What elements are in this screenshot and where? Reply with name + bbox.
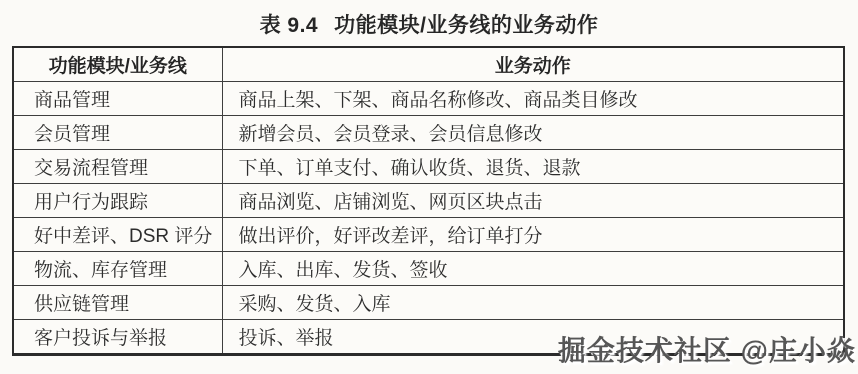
table-row: 用户行为跟踪 商品浏览、店铺浏览、网页区块点击 bbox=[13, 184, 844, 218]
module-cell: 好中差评、DSR 评分 bbox=[13, 218, 222, 252]
column-header-module: 功能模块/业务线 bbox=[13, 47, 222, 82]
column-header-actions: 业务动作 bbox=[222, 47, 844, 82]
business-actions-table: 功能模块/业务线 业务动作 商品管理 商品上架、下架、商品名称修改、商品类目修改… bbox=[12, 46, 845, 356]
table-row: 供应链管理 采购、发货、入库 bbox=[13, 286, 844, 320]
module-cell: 会员管理 bbox=[13, 116, 222, 150]
table-row: 会员管理 新增会员、会员登录、会员信息修改 bbox=[13, 116, 844, 150]
table-caption-text: 功能模块/业务线的业务动作 bbox=[334, 14, 598, 37]
table-row: 好中差评、DSR 评分 做出评价，好评改差评，给订单打分 bbox=[13, 218, 844, 252]
module-cell: 商品管理 bbox=[13, 82, 222, 116]
table-caption: 表 9.4功能模块/业务线的业务动作 bbox=[0, 9, 858, 39]
actions-cell: 采购、发货、入库 bbox=[222, 286, 844, 320]
module-cell: 客户投诉与举报 bbox=[13, 320, 222, 355]
watermark: 掘金技术社区 @庄小焱 bbox=[558, 329, 856, 369]
actions-cell: 新增会员、会员登录、会员信息修改 bbox=[222, 116, 844, 150]
table-header-row: 功能模块/业务线 业务动作 bbox=[13, 47, 844, 82]
table-row: 物流、库存管理 入库、出库、发货、签收 bbox=[13, 252, 844, 286]
actions-cell: 商品上架、下架、商品名称修改、商品类目修改 bbox=[222, 82, 844, 116]
actions-cell: 入库、出库、发货、签收 bbox=[222, 252, 844, 286]
module-cell: 交易流程管理 bbox=[13, 150, 222, 184]
table-row: 商品管理 商品上架、下架、商品名称修改、商品类目修改 bbox=[13, 82, 844, 116]
actions-cell: 下单、订单支付、确认收货、退货、退款 bbox=[222, 150, 844, 184]
module-cell: 用户行为跟踪 bbox=[13, 184, 222, 218]
actions-cell: 做出评价，好评改差评，给订单打分 bbox=[222, 218, 844, 252]
actions-cell: 商品浏览、店铺浏览、网页区块点击 bbox=[222, 184, 844, 218]
table-row: 交易流程管理 下单、订单支付、确认收货、退货、退款 bbox=[13, 150, 844, 184]
table-caption-number: 表 9.4 bbox=[260, 14, 319, 37]
module-cell: 物流、库存管理 bbox=[13, 252, 222, 286]
module-cell: 供应链管理 bbox=[13, 286, 222, 320]
